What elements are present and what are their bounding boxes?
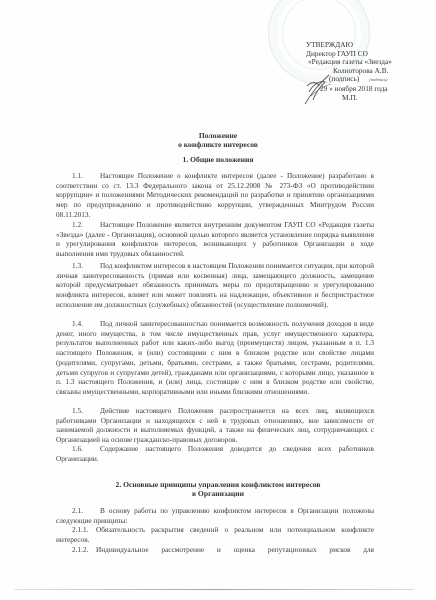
paragraph-2-1-2: 2.1.2.Индивидуальное рассмотрение и оцен… <box>56 545 374 555</box>
paragraph-text: Настоящее Положение является внутренним … <box>56 220 374 258</box>
paragraph-1-3: 1.3.Под конфликтом интересов в настоящем… <box>56 261 374 310</box>
document-subtitle: о конфликте интересов <box>0 140 436 149</box>
signature-icon <box>303 72 333 106</box>
paragraph-2-1-1: 2.1.1.Обязательность раскрытия сведений … <box>56 525 374 544</box>
section-2-heading-line1: 2. Основные принципы управления конфликт… <box>0 480 436 489</box>
paragraph-text: Действие настоящего Положения распростра… <box>56 406 374 444</box>
paragraph-text: Настоящее Положение о конфликте интересо… <box>56 171 374 219</box>
paragraph-1-5: 1.5.Действие настоящего Положения распро… <box>56 406 374 445</box>
paragraph-number: 2.1. <box>72 506 100 516</box>
paragraph-number: 1.4. <box>72 319 100 329</box>
section-1-heading: 1. Общие положения <box>0 155 436 164</box>
document-title: Положение <box>0 131 436 140</box>
paragraph-1-4: 1.4.Под личной заинтересованностью поним… <box>56 319 374 397</box>
paragraph-text: Индивидуальное рассмотрение и оценка реп… <box>96 545 374 554</box>
paragraph-number: 1.2. <box>72 220 100 230</box>
signature-note: (подпись) <box>369 77 387 82</box>
paragraph-1-2: 1.2.Настоящее Положение является внутрен… <box>56 220 374 259</box>
paragraph-number: 1.1. <box>72 171 100 181</box>
paragraph-number: 1.6. <box>72 444 100 454</box>
paragraph-number: 1.5. <box>72 406 100 416</box>
paragraph-1-1: 1.1.Настоящее Положение о конфликте инте… <box>56 171 374 220</box>
document-page: УТВЕРЖДАЮ Директор ГАУП СО «Редакция газ… <box>0 0 436 600</box>
paragraph-1-6: 1.6.Содержание настоящего Положения дово… <box>56 444 374 463</box>
document-title-block: Положение о конфликте интересов <box>0 131 436 149</box>
paragraph-number: 2.1.1. <box>72 525 96 535</box>
paragraph-text: Под конфликтом интересов в настоящем Пол… <box>56 261 374 309</box>
paragraph-text: В основу работы по управлению конфликтом… <box>56 506 374 525</box>
section-2-heading: 2. Основные принципы управления конфликт… <box>0 480 436 498</box>
paragraph-number: 2.1.2. <box>72 545 96 555</box>
scan-edge-line <box>14 589 414 590</box>
paragraph-number: 1.3. <box>72 261 100 271</box>
paragraph-text: Обязательность раскрытия сведений о реал… <box>56 525 374 544</box>
paragraph-text: Содержание настоящего Положения доводитс… <box>56 444 374 463</box>
signature-label: (подпись) <box>329 74 359 83</box>
paragraph-text: Под личной заинтересованностью понимаетс… <box>56 319 374 396</box>
paragraph-2-1: 2.1.В основу работы по управлению конфли… <box>56 506 374 525</box>
section-2-heading-line2: в Организации <box>0 489 436 498</box>
